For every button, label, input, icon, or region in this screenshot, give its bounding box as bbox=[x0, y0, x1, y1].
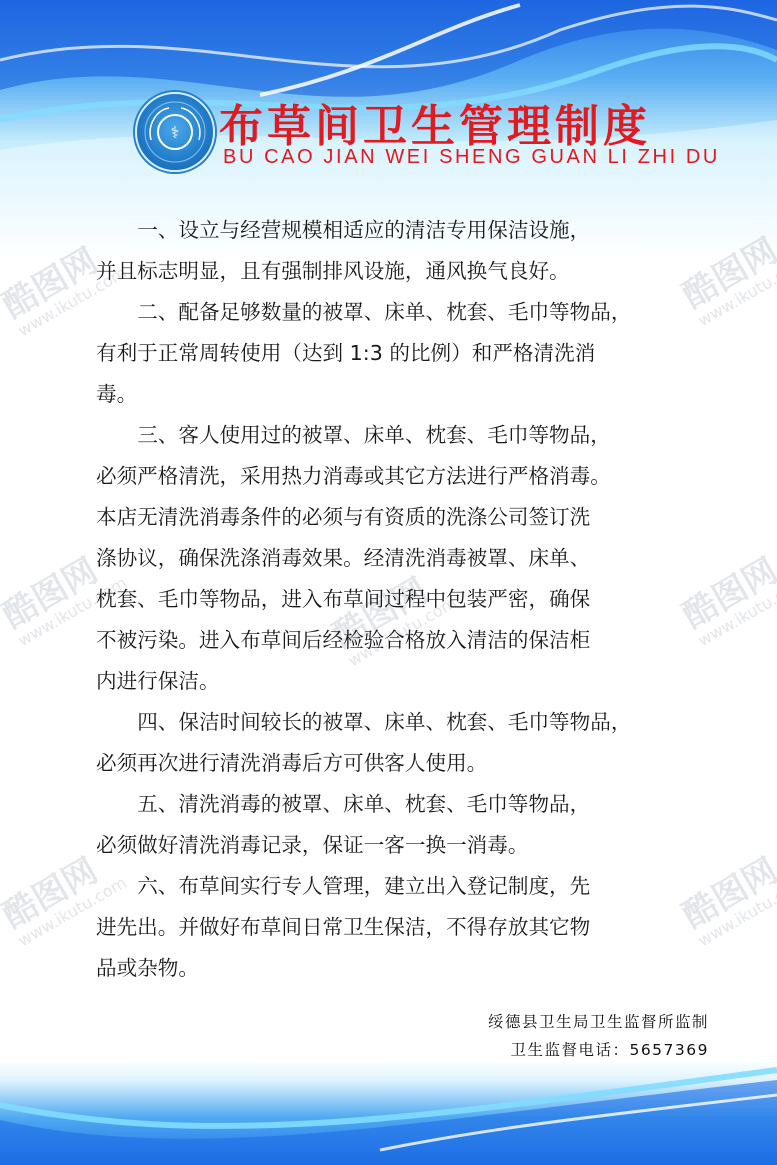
rule-line: 二、配备足够数量的被罩、床单、枕套、毛巾等物品， bbox=[96, 292, 691, 333]
emblem-shield-icon: ⚕ bbox=[157, 114, 193, 150]
rule-4: 四、保洁时间较长的被罩、床单、枕套、毛巾等物品， 必须再次进行清洗消毒后方可供客… bbox=[96, 702, 691, 784]
rule-line: 有利于正常周转使用（达到 1:3 的比例）和严格清洗消 bbox=[96, 333, 691, 374]
rule-line: 四、保洁时间较长的被罩、床单、枕套、毛巾等物品， bbox=[96, 702, 691, 743]
rule-line: 五、清洗消毒的被罩、床单、枕套、毛巾等物品， bbox=[96, 784, 691, 825]
bottom-wave-background bbox=[0, 1060, 777, 1165]
rule-6: 六、布草间实行专人管理，建立出入登记制度，先 进先出。并做好布草间日常卫生保洁，… bbox=[96, 866, 691, 989]
rule-1: 一、设立与经营规模相适应的清洁专用保洁设施， 并且标志明显，且有强制排风设施，通… bbox=[96, 210, 691, 292]
rule-line: 进先出。并做好布草间日常卫生保洁，不得存放其它物 bbox=[96, 907, 691, 948]
rule-line: 涤协议，确保洗涤消毒效果。经清洗消毒被罩、床单、 bbox=[96, 538, 691, 579]
rule-line: 品或杂物。 bbox=[96, 948, 691, 989]
rules-content: 一、设立与经营规模相适应的清洁专用保洁设施， 并且标志明显，且有强制排风设施，通… bbox=[96, 210, 691, 989]
health-inspection-emblem-icon: ⚕ bbox=[135, 92, 215, 172]
rule-5: 五、清洗消毒的被罩、床单、枕套、毛巾等物品， 必须做好清洗消毒记录，保证一客一换… bbox=[96, 784, 691, 866]
rule-line: 三、客人使用过的被罩、床单、枕套、毛巾等物品， bbox=[96, 415, 691, 456]
rule-line: 枕套、毛巾等物品，进入布草间过程中包装严密，确保 bbox=[96, 579, 691, 620]
rule-line: 本店无清洗消毒条件的必须与有资质的洗涤公司签订洗 bbox=[96, 497, 691, 538]
rule-line: 必须做好清洗消毒记录，保证一客一换一消毒。 bbox=[96, 825, 691, 866]
rule-line: 毒。 bbox=[96, 374, 691, 415]
rule-line: 并且标志明显，且有强制排风设施，通风换气良好。 bbox=[96, 251, 691, 292]
rule-2: 二、配备足够数量的被罩、床单、枕套、毛巾等物品， 有利于正常周转使用（达到 1:… bbox=[96, 292, 691, 415]
page-title: 布草间卫生管理制度 bbox=[219, 90, 651, 154]
rule-line: 必须严格清洗，采用热力消毒或其它方法进行严格消毒。 bbox=[96, 456, 691, 497]
rule-line: 六、布草间实行专人管理，建立出入登记制度，先 bbox=[96, 866, 691, 907]
rule-line: 不被污染。进入布草间后经检验合格放入清洁的保洁柜 bbox=[96, 620, 691, 661]
rule-line: 必须再次进行清洗消毒后方可供客人使用。 bbox=[96, 743, 691, 784]
page-subtitle: BU CAO JIAN WEI SHENG GUAN LI ZHI DU bbox=[223, 146, 720, 169]
supervisor-label: 绥德县卫生局卫生监督所监制 bbox=[488, 1008, 709, 1036]
wave-decoration-icon bbox=[0, 1060, 777, 1165]
rule-line: 一、设立与经营规模相适应的清洁专用保洁设施， bbox=[96, 210, 691, 251]
poster-footer: 绥德县卫生局卫生监督所监制 卫生监督电话：5657369 bbox=[488, 1008, 709, 1064]
poster-header: ⚕ 布草间卫生管理制度 BU CAO JIAN WEI SHENG GUAN L… bbox=[135, 88, 655, 178]
rule-3: 三、客人使用过的被罩、床单、枕套、毛巾等物品， 必须严格清洗，采用热力消毒或其它… bbox=[96, 415, 691, 702]
phone-label: 卫生监督电话：5657369 bbox=[488, 1036, 709, 1064]
rule-line: 内进行保洁。 bbox=[96, 661, 691, 702]
